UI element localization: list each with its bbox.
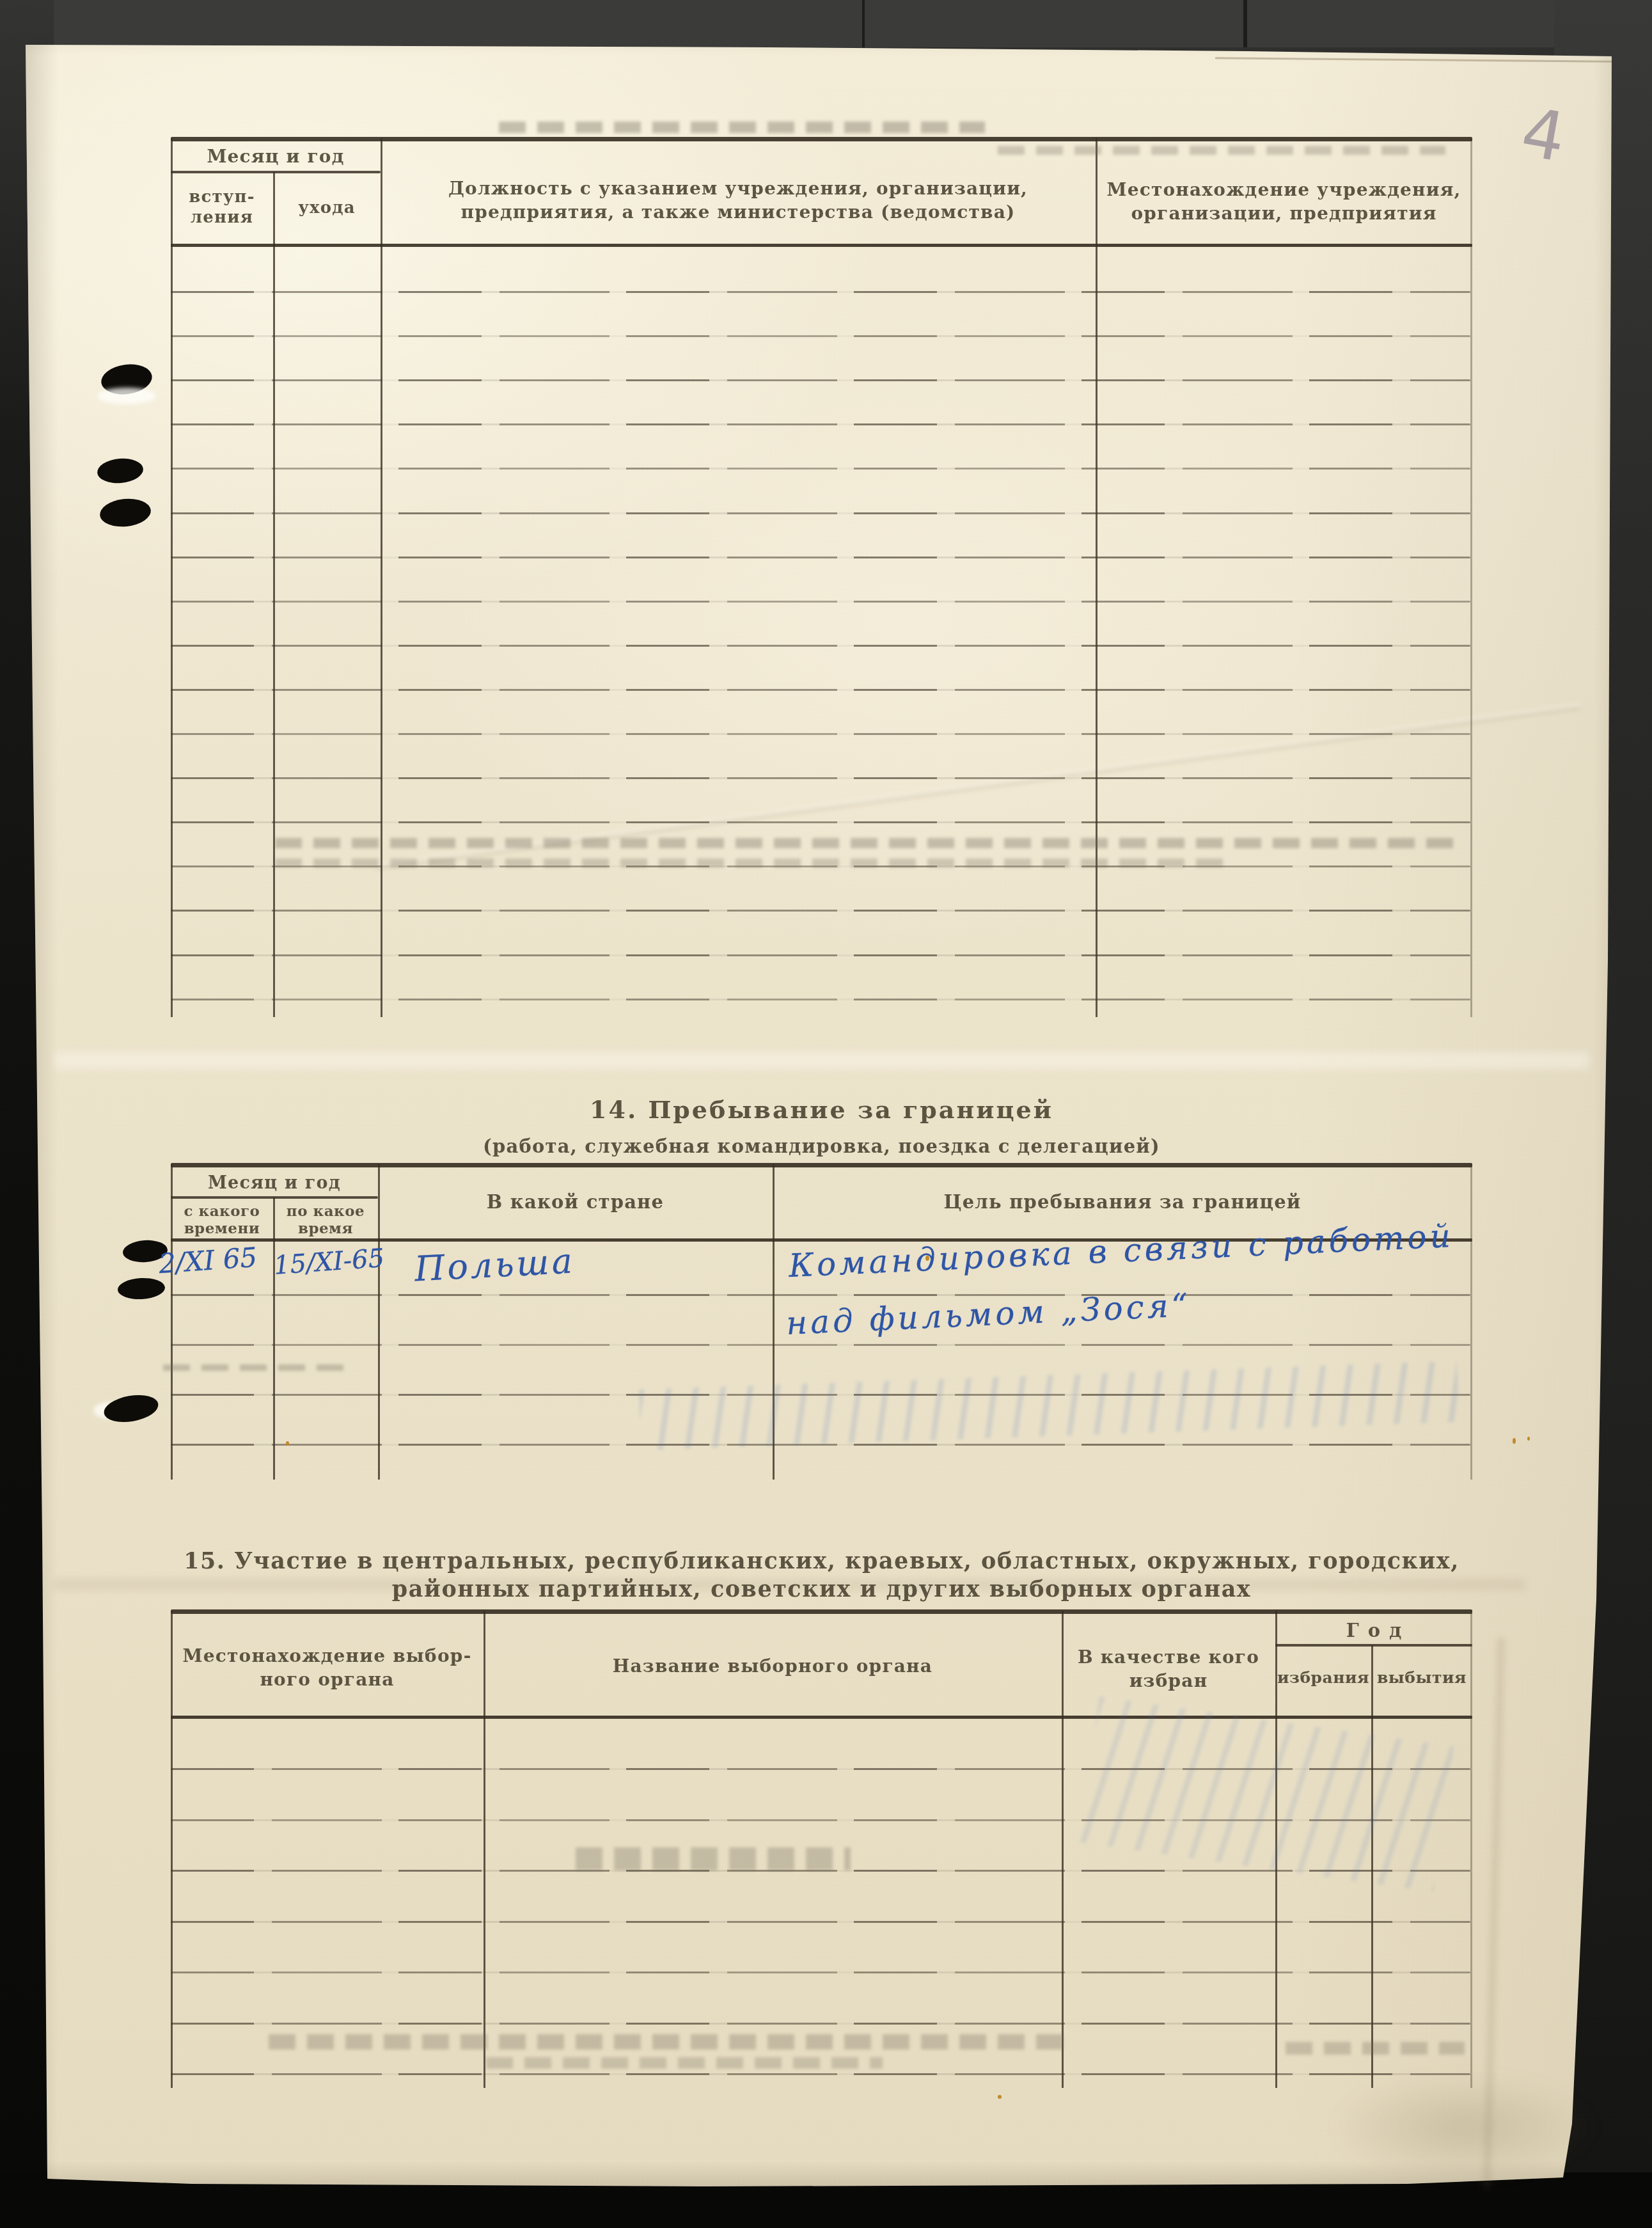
work-table-col-left: ухода	[273, 198, 381, 217]
table-empty-row-line	[171, 777, 1470, 779]
table-empty-row-line	[171, 733, 1470, 735]
work-table-col-position: Должность с указанием учреждения, органи…	[381, 177, 1096, 224]
elected-col-location: Местонахождение выбор- ного органа	[171, 1644, 484, 1691]
work-table-month-year-header: Месяц и год	[171, 146, 381, 167]
paper-speck	[1513, 1438, 1516, 1444]
table-empty-row-line	[171, 2073, 1470, 2075]
table-empty-row-line	[171, 999, 1470, 1000]
abroad-section-title: 14. Пребывание за границей	[171, 1095, 1472, 1124]
abroad-col-from: с какого времени	[171, 1203, 273, 1237]
work-table-header-bottom-border	[171, 244, 1472, 247]
col-location-line1: Местонахождение выбор-	[171, 1644, 484, 1668]
table-empty-row-line	[171, 645, 1470, 647]
table-empty-row-line	[171, 291, 1470, 293]
abroad-table-left-border	[171, 1164, 173, 1480]
abroad-table-right-border	[1470, 1164, 1472, 1480]
table-empty-row-line	[171, 910, 1470, 912]
elected-table-col-divider	[1062, 1611, 1064, 2088]
torn-paper-highlight	[97, 388, 156, 404]
work-table-col-divider	[1096, 138, 1097, 1017]
bleed-through-smudge	[499, 122, 985, 133]
table-empty-row-line	[171, 468, 1470, 470]
col-position-line2: предприятия, а также министерства (ведом…	[381, 200, 1096, 224]
col-as-line1: В качестве кого	[1062, 1645, 1275, 1669]
work-table-left-border	[171, 138, 173, 1017]
bleed-through-footnote	[486, 2057, 883, 2069]
elected-col-organ-name: Название выборного органа	[484, 1655, 1062, 1677]
entry-country-handwritten: Польша	[414, 1240, 576, 1289]
elected-col-year: Год	[1275, 1620, 1472, 1641]
col-to-line1: по какое	[273, 1203, 378, 1220]
col-to-line2: время	[273, 1220, 378, 1237]
bleed-through-smudge	[998, 146, 1445, 155]
abroad-table-col-divider	[273, 1197, 275, 1480]
table-empty-row-line	[171, 689, 1470, 691]
col-from-line2: времени	[171, 1220, 273, 1237]
elected-table-right-border	[1470, 1611, 1472, 2088]
bleed-through-smudge	[163, 1364, 355, 1371]
month-year-underline	[171, 171, 381, 173]
work-table-col-divider	[273, 172, 275, 1017]
col-location-line2: организации, предприятия	[1096, 201, 1472, 225]
table-empty-row-line	[171, 423, 1470, 425]
abroad-table-top-border	[171, 1163, 1472, 1167]
col-location-line1: Местонахождение учреждения,	[1096, 178, 1472, 201]
col-location-line2: ного органа	[171, 1668, 484, 1691]
col-joined-line2: ления	[171, 207, 273, 228]
elected-section-title-line1: 15. Участие в центральных, республиканск…	[171, 1548, 1472, 1574]
table-empty-row-line	[171, 1294, 1470, 1296]
bleed-through-smudge	[275, 858, 1234, 867]
backdrop-seam	[862, 0, 865, 47]
abroad-section-subtitle: (работа, служебная командировка, поездка…	[171, 1135, 1472, 1157]
elected-table-left-border	[171, 1611, 173, 2088]
table-empty-row-line	[171, 335, 1470, 337]
col-position-line1: Должность с указанием учреждения, органи…	[381, 177, 1096, 200]
abroad-table-month-year-header: Месяц и год	[171, 1173, 378, 1193]
table-empty-row-line	[171, 821, 1470, 823]
col-joined-line1: вступ-	[171, 187, 273, 207]
elected-col-year-elected: избрания	[1275, 1668, 1371, 1687]
elected-col-as: В качестве кого избран	[1062, 1645, 1275, 1693]
paper-speck	[1527, 1437, 1530, 1441]
abroad-col-to: по какое время	[273, 1203, 378, 1237]
table-empty-row-line	[171, 1344, 1470, 1346]
table-empty-row-line	[171, 601, 1470, 603]
work-table-top-border	[171, 137, 1472, 141]
backdrop-seam	[1243, 0, 1247, 47]
bleed-through-footnote	[269, 2034, 1074, 2050]
year-underline	[1275, 1644, 1472, 1647]
abroad-table-col-divider	[378, 1164, 380, 1480]
work-table-col-divider	[381, 138, 382, 1017]
col-from-line1: с какого	[171, 1203, 273, 1220]
elected-section-title-line2: районных партийных, советских и других в…	[171, 1576, 1472, 1602]
table-empty-row-line	[171, 2023, 1470, 2025]
work-table-col-joined: вступ- ления	[171, 187, 273, 228]
table-empty-row-line	[171, 1921, 1470, 1923]
table-empty-row-line	[171, 379, 1470, 381]
abroad-col-country: В какой стране	[378, 1191, 773, 1213]
work-table-col-location: Местонахождение учреждения, организации,…	[1096, 178, 1472, 225]
abroad-col-purpose: Цель пребывания за границей	[773, 1191, 1472, 1213]
table-empty-row-line	[171, 512, 1470, 514]
elected-table-col-divider	[484, 1611, 485, 2088]
table-empty-row-line	[171, 954, 1470, 956]
bleed-through-footnote	[1286, 2042, 1465, 2055]
paper-speck	[998, 2095, 1002, 2099]
bleed-through-smudge	[275, 838, 1458, 848]
elected-col-year-left: выбытия	[1371, 1668, 1472, 1687]
work-table-right-border	[1470, 138, 1472, 1017]
bleed-through-smudge	[576, 1847, 851, 1870]
table-empty-row-line	[171, 557, 1470, 558]
paper-speck	[925, 1256, 929, 1261]
paper-speck	[286, 1441, 289, 1446]
table-empty-row-line	[171, 1971, 1470, 1973]
scanner-background-top	[0, 0, 1652, 47]
scanned-personnel-form-page: Месяц и год вступ- ления ухода Должность…	[0, 0, 1652, 2228]
col-as-line2: избран	[1062, 1669, 1275, 1693]
